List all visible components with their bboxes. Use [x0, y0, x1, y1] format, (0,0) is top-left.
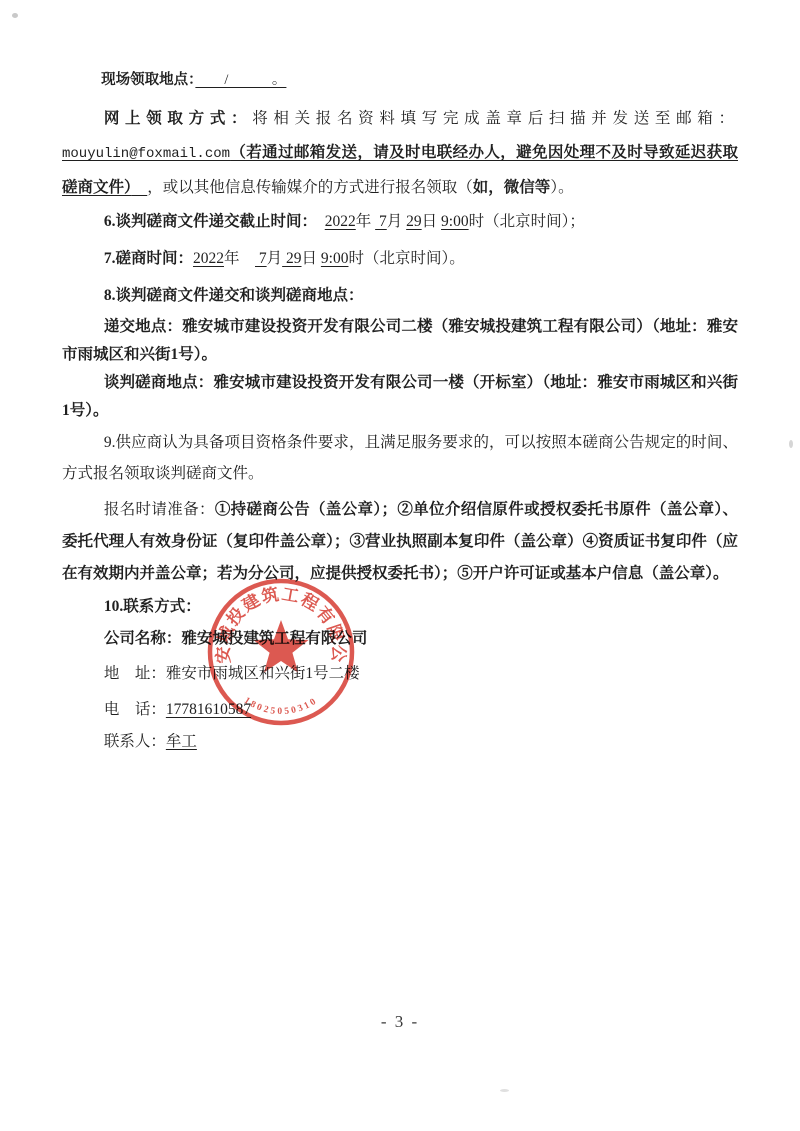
warning-underline-tail [132, 179, 148, 196]
scan-speck [12, 13, 18, 18]
item7-month-unit: 月 [267, 250, 283, 267]
item6-month-unit: 月 [387, 213, 406, 230]
wechat-note: 如，微信等 [473, 179, 551, 196]
item6-label: 6.谈判磋商文件递交截止时间： [104, 213, 309, 230]
item6-year-unit: 年 [356, 213, 375, 230]
item9-supplier-paragraph: 9.供应商认为具备项目资格条件要求，且满足服务要求的，可以按照本磋商公告规定的时… [62, 427, 738, 489]
pickup-location-line: 现场领取地点： / 。 [62, 68, 738, 92]
item7-day-unit: 日 [302, 250, 321, 267]
online-method-paragraph: 网上领取方式：将相关报名资料填写完成盖章后扫描并发送至邮箱：mouyulin@f… [62, 102, 738, 205]
item6-gap [309, 213, 325, 230]
email-address: mouyulin@foxmail.com [62, 146, 230, 162]
seal-number-text: 18025050310 [242, 696, 320, 717]
document-page: 现场领取地点： / 。 网上领取方式：将相关报名资料填写完成盖章后扫描并发送至邮… [0, 0, 800, 1131]
item6-time: 9:00 [441, 213, 469, 230]
signup-requirements-paragraph: 报名时请准备：①持磋商公告（盖公章）；②单位介绍信原件或授权委托书原件（盖公章）… [62, 494, 738, 590]
item8-locations-heading: 8.谈判磋商文件递交和谈判磋商地点： [62, 284, 738, 308]
item7-day: 29 [282, 250, 301, 267]
negotiation-place-paragraph: 谈判磋商地点：雅安城市建设投资开发有限公司一楼（开标室）（地址：雅安市雨城区和兴… [62, 369, 738, 425]
company-name-line: 公司名称：雅安城投建筑工程有限公司 [62, 627, 738, 651]
scan-speck [789, 440, 793, 448]
seal-star-icon [253, 620, 308, 672]
submission-place-paragraph: 递交地点：雅安城市建设投资开发有限公司二楼（雅安城投建筑工程有限公司）（地址：雅… [62, 313, 738, 369]
document-content: 现场领取地点： / 。 网上领取方式：将相关报名资料填写完成盖章后扫描并发送至邮… [0, 0, 800, 754]
online-method-text-3: ）。 [550, 179, 573, 196]
item6-month: 7 [375, 213, 387, 230]
company-seal-stamp: 雅安城投建筑工程有限公司 18025050310 [181, 552, 381, 752]
item7-month: 7 [255, 250, 267, 267]
item6-year: 2022 [325, 213, 356, 230]
item7-rest: 时（北京时间）。 [348, 250, 464, 267]
contact-person-line: 联系人：牟工 [62, 730, 738, 754]
scan-speck [500, 1089, 509, 1092]
pickup-blank-underline: / 。 [195, 72, 286, 88]
svg-text:18025050310: 18025050310 [242, 696, 320, 717]
online-method-label: 网上领取方式： [104, 110, 252, 127]
online-method-text-2: ，或以其他信息传输媒介的方式进行报名领取（ [147, 179, 473, 196]
phone-line: 电 话：17781610587 [62, 698, 738, 722]
item7-time: 9:00 [321, 250, 349, 267]
item7-year-unit: 年 [224, 250, 255, 267]
address-label: 地 址： [104, 665, 166, 682]
address-line: 地 址：雅安市雨城区和兴街1号二楼 [62, 662, 738, 686]
item6-day: 29 [406, 213, 422, 230]
item10-contact-heading: 10.联系方式： [62, 595, 738, 619]
pickup-label: 现场领取地点： [101, 72, 195, 88]
item6-rest: 时（北京时间）； [469, 213, 585, 230]
item7-year: 2022 [193, 250, 224, 267]
phone-label: 电 话： [104, 701, 166, 718]
signup-lead: 报名时请准备： [104, 501, 215, 518]
company-name-label: 公司名称： [104, 630, 182, 647]
item7-negotiation-time-line: 7.磋商时间：2022年 7月 29日 9:00时（北京时间）。 [62, 247, 738, 271]
item6-deadline-line: 6.谈判磋商文件递交截止时间： 2022年 7月 29日 9:00时（北京时间）… [62, 210, 738, 234]
item8-label: 8.谈判磋商文件递交和谈判磋商地点： [104, 287, 364, 304]
item6-day-unit: 日 [422, 213, 441, 230]
page-number: - 3 - [0, 1012, 800, 1032]
contact-person-label: 联系人： [104, 733, 166, 750]
online-method-text: 将相关报名资料填写完成盖章后扫描并发送至邮箱： [252, 110, 738, 127]
item7-label: 7.磋商时间： [104, 250, 193, 267]
